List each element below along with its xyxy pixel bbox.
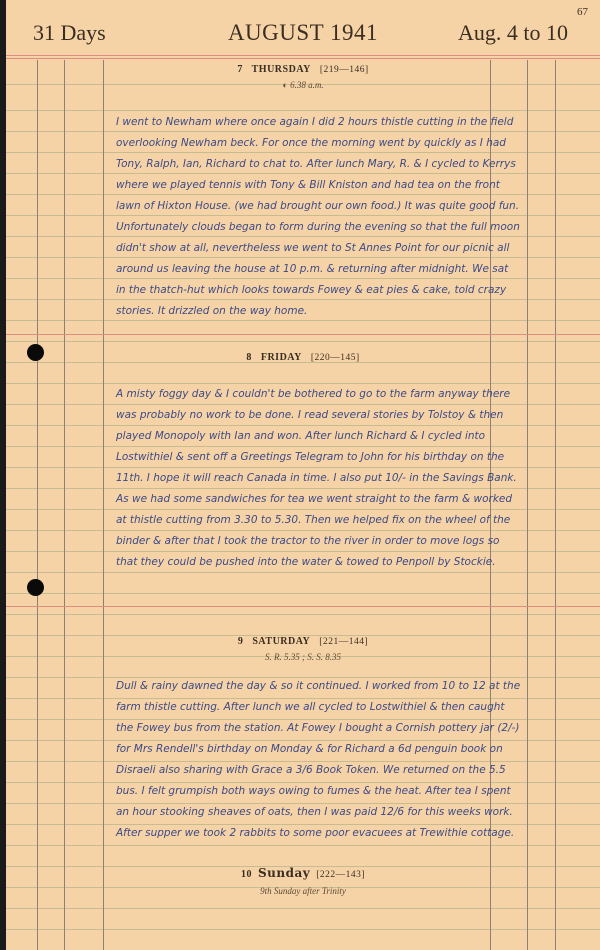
margin-line: [37, 60, 38, 950]
moon-phase-note: ◐ 6.38 a.m.: [6, 80, 600, 90]
header-rule: [6, 55, 600, 56]
sunrise-sunset-note: S. R. 5.35 ; S. S. 8.35: [6, 652, 600, 662]
page-number: 67: [577, 6, 588, 18]
page-header: 31 Days AUGUST 1941 Aug. 4 to 10 67: [6, 14, 600, 54]
margin-line: [527, 60, 528, 950]
liturgical-note: 9th Sunday after Trinity: [6, 886, 600, 896]
day-heading-thursday: 7 THURSDAY [219—146]: [6, 64, 600, 75]
diary-entry-saturday: Dull & rainy dawned the day & so it cont…: [116, 676, 521, 844]
punch-hole: [27, 579, 44, 596]
header-rule: [6, 58, 600, 59]
day-heading-sunday: 10 Sunday [222—143]: [6, 866, 600, 880]
diary-entry-thursday: I went to Newham where once again I did …: [116, 112, 521, 322]
margin-line: [64, 60, 65, 950]
diary-page: 31 Days AUGUST 1941 Aug. 4 to 10 67 7 TH…: [6, 0, 600, 950]
day-heading-saturday: 9 SATURDAY [221—144]: [6, 636, 600, 647]
margin-line: [103, 60, 104, 950]
week-range: Aug. 4 to 10: [458, 20, 568, 46]
margin-line: [555, 60, 556, 950]
day-divider: [6, 334, 600, 335]
day-heading-friday: 8 FRIDAY [220—145]: [6, 352, 600, 363]
diary-entry-friday: A misty foggy day & I couldn't be bother…: [116, 384, 521, 573]
day-divider: [6, 606, 600, 607]
